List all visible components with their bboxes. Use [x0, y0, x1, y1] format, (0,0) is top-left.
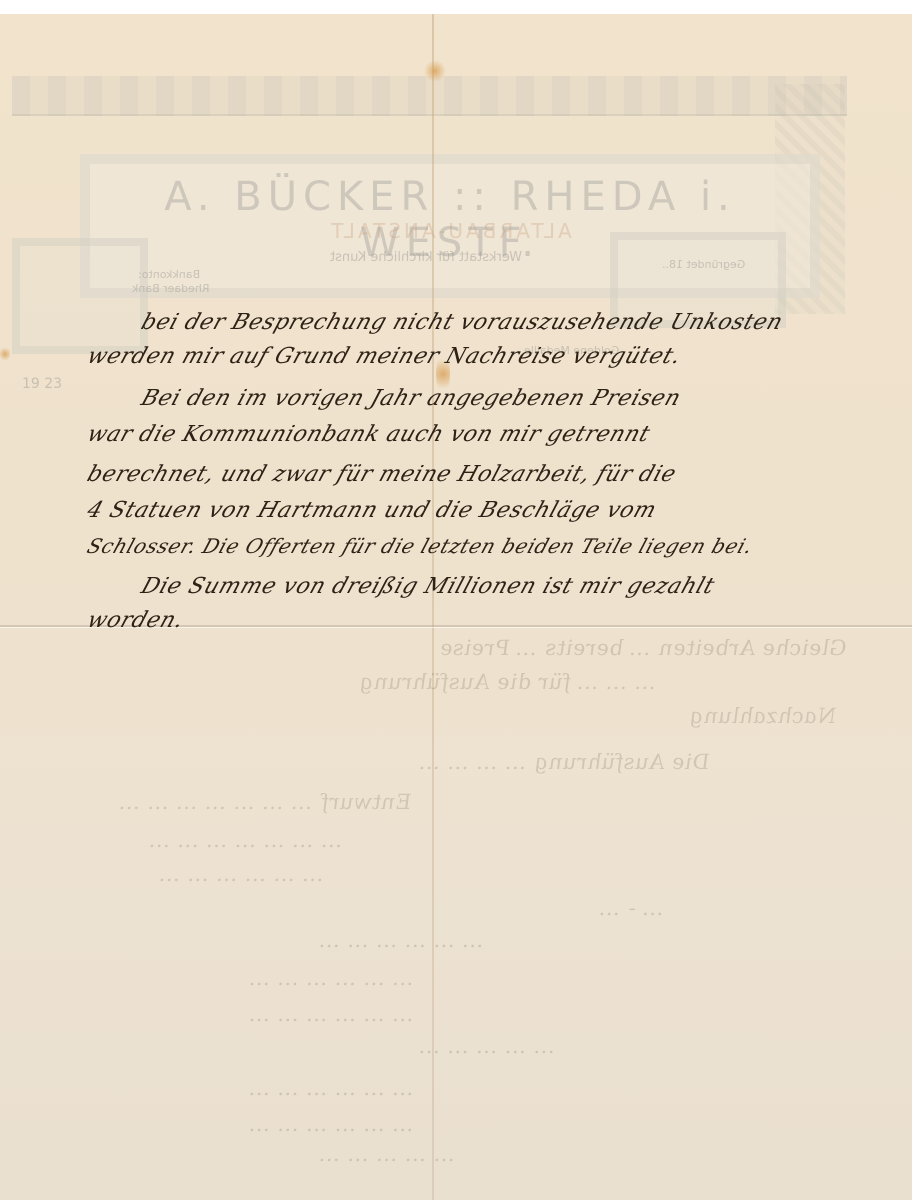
body-line-1: bei der Besprechung nicht vorauszusehend… [138, 310, 786, 335]
vertical-fold-crease [432, 14, 434, 1200]
bleed-line: ... ... ... für die Ausführung [356, 670, 661, 694]
body-line-7: Schlosser. Die Offerten für die letzten … [84, 534, 756, 558]
bleed-line: ... ... ... ... ... ... [156, 862, 329, 886]
letter-page: A. BÜCKER :: RHEDA i. WESTF. ALTARBAU-AN… [0, 14, 912, 1200]
bleed-line: Die Ausführung ... ... ... ... [416, 750, 713, 774]
letterhead-subtitle: ALTARBAU-ANSTALT [250, 219, 650, 243]
letterhead-founded: Gegründet 18.. [662, 258, 745, 271]
bleed-line: ... ... ... ... ... ... [246, 1002, 419, 1026]
bleed-line: Gleiche Arbeiten ... bereits ... Preise [436, 636, 850, 660]
body-line-6: 4 Statuen von Hartmann und die Beschläge… [84, 498, 660, 523]
body-line-8: Die Summe von dreißig Millionen ist mir … [138, 574, 718, 599]
bleed-line: ... ... ... ... ... ... [246, 1112, 419, 1136]
bleed-line: ... - ... [596, 896, 669, 920]
bleed-line: ... ... ... ... ... ... [246, 966, 419, 990]
letterhead-bank-label: Bankkonto: [138, 268, 200, 281]
body-line-5: berechnet, und zwar für meine Holzarbeit… [84, 462, 680, 487]
body-line-2: werden mir auf Grund meiner Nachreise ve… [84, 344, 685, 369]
letterhead-border-band [12, 76, 847, 116]
bleed-line: ... ... ... ... ... [316, 1142, 460, 1166]
letterhead-margin-mark: 19 23 [22, 376, 62, 392]
bleed-line: ... ... ... ... ... ... [316, 928, 489, 952]
bleed-line: Entwurf ... ... ... ... ... ... ... [116, 790, 415, 814]
letterhead-tagline: Werkstatt für kirchliche Kunst [330, 250, 522, 265]
bleed-line: Nachzahlung [686, 704, 840, 728]
bleed-line: ... ... ... ... ... ... ... [146, 828, 348, 852]
rust-stain [0, 346, 10, 362]
body-line-3: Bei den im vorigen Jahr angegebenen Prei… [138, 386, 684, 411]
rust-stain [424, 60, 446, 82]
bleed-line: ... ... ... ... ... ... [246, 1076, 419, 1100]
body-line-4: war die Kommunionbank auch von mir getre… [84, 422, 653, 447]
bleed-line: ... ... ... ... ... [416, 1034, 560, 1058]
letterhead-bank-name: Rhedaer Bank [132, 282, 210, 295]
body-line-9: worden. [84, 608, 187, 633]
